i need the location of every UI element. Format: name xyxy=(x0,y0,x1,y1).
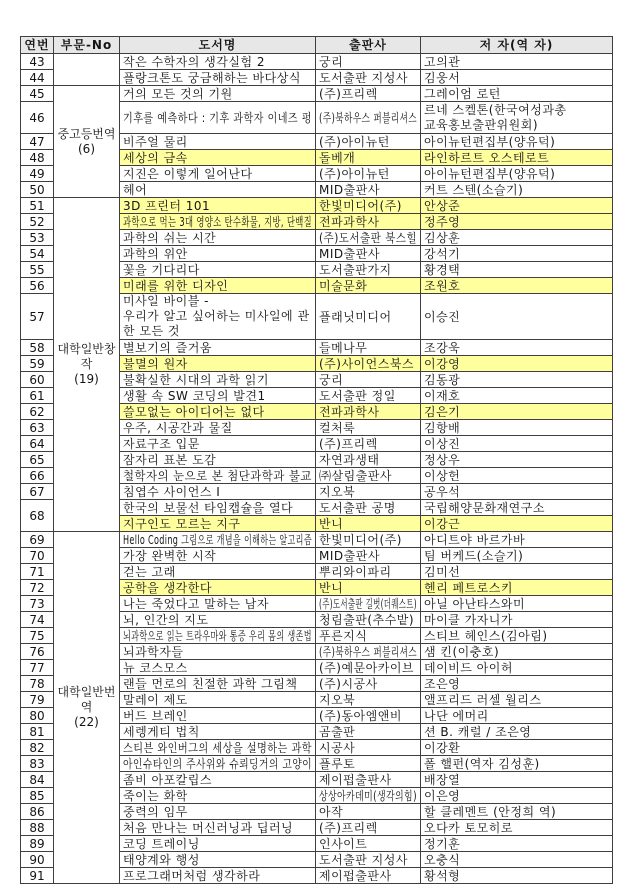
book-title-cell: 쓸모없는 아이디어는 없다 xyxy=(120,404,316,420)
row-number-cell: 51 xyxy=(21,198,54,214)
publisher-cell-text: 상상아카데미(생각의힘) xyxy=(319,789,417,803)
row-number-cell: 65 xyxy=(21,452,54,468)
book-title-cell: 자료구조 입문 xyxy=(120,436,316,452)
publisher-cell: 도서출판 지성사 xyxy=(316,852,421,868)
author-cell-text: 라인하르트 오스테로트 xyxy=(424,151,549,165)
author-cell-text: 그레이엄 로턴 xyxy=(424,87,501,101)
publisher-cell: ㈜살림출판사 xyxy=(316,468,421,484)
author-cell-text: 이강근 xyxy=(424,517,460,531)
author-cell: 이재호 xyxy=(421,388,613,404)
author-cell-text: 김동광 xyxy=(424,373,460,387)
publisher-cell: (주)예문아카이브 xyxy=(316,660,421,676)
publisher-cell-text: 도서출판가지 xyxy=(319,263,392,277)
row-number-cell: 60 xyxy=(21,372,54,388)
publisher-cell: 제이펍출판사 xyxy=(316,868,421,884)
publisher-cell: 도서출판 지성사 xyxy=(316,70,421,86)
row-number-cell: 59 xyxy=(21,356,54,372)
header-row: 연번 부문-No 도서명 출판사 저 자(역 자) xyxy=(21,37,613,54)
book-title-cell-text: 철학자의 눈으로 본 첨단과학과 불교 xyxy=(123,469,312,483)
author-cell-text: 이은영 xyxy=(424,789,460,803)
document-page: 연번 부문-No 도서명 출판사 저 자(역 자) 43작은 수학자의 생각실험… xyxy=(0,0,631,884)
row-number-cell: 64 xyxy=(21,436,54,452)
book-title-cell-text: 랜들 먼로의 친절한 과학 그림책 xyxy=(123,677,297,691)
publisher-cell-text: 곰출판 xyxy=(319,725,355,739)
book-title-cell-text: 뇌, 인간의 지도 xyxy=(123,613,209,627)
publisher-cell: (주)북하우스 퍼블리셔스 xyxy=(316,644,421,660)
book-title-cell-text: 쓸모없는 아이디어는 없다 xyxy=(123,405,265,419)
book-title-cell-text: 불멸의 원자 xyxy=(123,357,188,371)
author-cell-text: 르네 스켈톤(한국여성과총 교육홍보출판위원회) xyxy=(424,103,567,132)
publisher-cell-text: 미술문화 xyxy=(319,279,367,293)
publisher-cell: 상상아카데미(생각의힘) xyxy=(316,788,421,804)
author-cell: 정상우 xyxy=(421,452,613,468)
author-cell-text: 김미선 xyxy=(424,565,460,579)
publisher-cell: (주)도서출판 북스힐 xyxy=(316,230,421,246)
book-title-cell-text: 뇌과학으로 읽는 트라우마와 통증 우리 몸의 생존법 xyxy=(123,629,312,643)
publisher-cell-text: 뿌리와이파리 xyxy=(319,565,392,579)
book-title-cell: 침엽수 사이언스 I xyxy=(120,484,316,500)
publisher-cell: 돌베개 xyxy=(316,150,421,166)
publisher-cell: 곰출판 xyxy=(316,724,421,740)
row-number-cell: 47 xyxy=(21,134,54,150)
publisher-cell-text: 지오북 xyxy=(319,485,355,499)
row-number-cell: 80 xyxy=(21,708,54,724)
book-title-cell-text: 플랑크톤도 궁금해하는 바다상식 xyxy=(123,71,301,85)
row-number-cell: 77 xyxy=(21,660,54,676)
row-number-cell: 62 xyxy=(21,404,54,420)
publisher-cell: (주)북하우스 퍼블리셔스 xyxy=(316,102,421,134)
author-cell-text: 팀 버케드(소슬기) xyxy=(424,549,523,563)
table-body: 43작은 수학자의 생각실험 2궁리고의관44플랑크톤도 궁금해하는 바다상식도… xyxy=(21,54,613,884)
author-cell: 앨프리드 러셀 월리스 xyxy=(421,692,613,708)
table-row: 51대학일반창작 (19)3D 프린터 101한빛미디어(주)안상준 xyxy=(21,198,613,214)
row-number-cell: 55 xyxy=(21,262,54,278)
row-number-cell: 48 xyxy=(21,150,54,166)
publisher-cell-text: 궁리 xyxy=(319,55,343,69)
publisher-cell-text: MID출판사 xyxy=(319,549,380,563)
category-cell: 대학일반창작 (19) xyxy=(54,198,120,532)
publisher-cell-text: (주)북하우스 퍼블리셔스 xyxy=(319,645,417,659)
table-row: 69대학일반번역 (22)Hello Coding 그림으로 개념을 이해하는 … xyxy=(21,532,613,548)
publisher-cell: 도서출판 정일 xyxy=(316,388,421,404)
publisher-cell: (주)도서출판 길벗(더퀘스트) xyxy=(316,596,421,612)
book-title-cell-text: 잠자리 표본 도감 xyxy=(123,453,216,467)
publisher-cell-text: (주)동아엠앤비 xyxy=(319,709,402,723)
book-title-cell: 뇌, 인간의 지도 xyxy=(120,612,316,628)
book-title-cell: 지진은 이렇게 일어난다 xyxy=(120,166,316,182)
book-title-cell-text: 중력의 임무 xyxy=(123,805,188,819)
author-cell-text: 폴 핼펀(역자 김성훈) xyxy=(424,757,540,771)
row-number-cell: 75 xyxy=(21,628,54,644)
author-cell-text: 오다카 토모히로 xyxy=(424,821,513,835)
book-title-cell-text: 과학의 쉬는 시간 xyxy=(123,231,216,245)
publisher-cell: (주)아이뉴턴 xyxy=(316,166,421,182)
book-title-cell-text: 거의 모든 것의 기원 xyxy=(123,87,233,101)
publisher-cell-text: 시공사 xyxy=(319,741,355,755)
header-author: 저 자(역 자) xyxy=(421,37,613,54)
publisher-cell-text: 돌베개 xyxy=(319,151,355,165)
author-cell-text: 이재호 xyxy=(424,389,460,403)
publisher-cell: (주)동아엠앤비 xyxy=(316,708,421,724)
publisher-cell-text: ㈜살림출판사 xyxy=(319,469,392,483)
header-category: 부문-No xyxy=(54,37,120,54)
publisher-cell-text: (주)북하우스 퍼블리셔스 xyxy=(319,111,417,125)
publisher-cell: 전파과학사 xyxy=(316,214,421,230)
publisher-cell-text: 제이펍출판사 xyxy=(319,869,392,883)
publisher-cell: (주)프리렉 xyxy=(316,820,421,836)
author-cell-text: 이강환 xyxy=(424,741,460,755)
author-cell-text: 김항배 xyxy=(424,421,460,435)
author-cell: 이강환 xyxy=(421,740,613,756)
publisher-cell-text: 도서출판 정일 xyxy=(319,389,396,403)
publisher-cell: 시공사 xyxy=(316,740,421,756)
author-cell: 황경택 xyxy=(421,262,613,278)
publisher-cell: 플래닛미디어 xyxy=(316,294,421,340)
book-title-cell-text: 처음 만나는 머신러닝과 딥러닝 xyxy=(123,821,293,835)
publisher-cell: MID출판사 xyxy=(316,182,421,198)
publisher-cell-text: 제이펍출판사 xyxy=(319,773,392,787)
book-title-cell: 불확실한 시대의 과학 읽기 xyxy=(120,372,316,388)
book-title-cell-text: 말레이 제도 xyxy=(123,693,188,707)
author-cell-text: 이상헌 xyxy=(424,469,460,483)
book-title-cell: 가장 완벽한 시작 xyxy=(120,548,316,564)
book-title-cell: 우주, 시공간과 물질 xyxy=(120,420,316,436)
book-title-cell-text: 가장 완벽한 시작 xyxy=(123,549,216,563)
author-cell: 팀 버케드(소슬기) xyxy=(421,548,613,564)
publisher-cell: 아작 xyxy=(316,804,421,820)
publisher-cell: 궁리 xyxy=(316,372,421,388)
header-no: 연번 xyxy=(21,37,54,54)
row-number-cell: 50 xyxy=(21,182,54,198)
author-cell: 이상진 xyxy=(421,436,613,452)
book-title-cell: 철학자의 눈으로 본 첨단과학과 불교 xyxy=(120,468,316,484)
book-title-cell: 뇌과학으로 읽는 트라우마와 통증 우리 몸의 생존법 xyxy=(120,628,316,644)
author-cell: 조강욱 xyxy=(421,340,613,356)
publisher-cell-text: 플래닛미디어 xyxy=(319,310,392,324)
book-title-cell-text: 스티븐 와인버그의 세상을 설명하는 과학 xyxy=(123,741,312,755)
book-title-cell-text: 뇌과학자들 xyxy=(123,645,183,659)
publisher-cell: 지오북 xyxy=(316,484,421,500)
row-number-cell: 61 xyxy=(21,388,54,404)
book-title-cell-text: Hello Coding 그림으로 개념을 이해하는 알고리즘 xyxy=(123,533,312,547)
row-number-cell: 81 xyxy=(21,724,54,740)
author-cell-text: 마이클 가자니가 xyxy=(424,613,513,627)
row-number-cell: 88 xyxy=(21,820,54,836)
publisher-cell-text: 반니 xyxy=(319,517,343,531)
publisher-cell-text: 청림출판(추수밭) xyxy=(319,613,414,627)
publisher-cell: 궁리 xyxy=(316,54,421,70)
publisher-cell: (주)시공사 xyxy=(316,676,421,692)
publisher-cell: 푸른지식 xyxy=(316,628,421,644)
author-cell: 할 클레멘트 (안정희 역) xyxy=(421,804,613,820)
publisher-cell-text: 컬처룩 xyxy=(319,421,355,435)
book-title-cell: 랜들 먼로의 친절한 과학 그림책 xyxy=(120,676,316,692)
publisher-cell-text: (주)프리렉 xyxy=(319,821,378,835)
author-cell: 이승진 xyxy=(421,294,613,340)
author-cell: 조은영 xyxy=(421,676,613,692)
publisher-cell-text: (주)시공사 xyxy=(319,677,378,691)
author-cell-text: 정상우 xyxy=(424,453,460,467)
book-title-cell-text: 우주, 시공간과 물질 xyxy=(123,421,233,435)
book-title-cell-text: 과학의 위안 xyxy=(123,247,188,261)
book-title-cell: 코딩 트레이닝 xyxy=(120,836,316,852)
publisher-cell: 뿌리와이파리 xyxy=(316,564,421,580)
row-number-cell: 54 xyxy=(21,246,54,262)
book-title-cell-text: 걷는 고래 xyxy=(123,565,176,579)
publisher-cell: MID출판사 xyxy=(316,246,421,262)
author-cell: 정기훈 xyxy=(421,836,613,852)
row-number-cell: 82 xyxy=(21,740,54,756)
author-cell-text: 나단 에머리 xyxy=(424,709,489,723)
author-cell: 김상훈 xyxy=(421,230,613,246)
book-title-cell: 스티븐 와인버그의 세상을 설명하는 과학 xyxy=(120,740,316,756)
book-title-cell: 거의 모든 것의 기원 xyxy=(120,86,316,102)
author-cell-text: 정주영 xyxy=(424,215,460,229)
publisher-cell-text: 푸른지식 xyxy=(319,629,367,643)
publisher-cell: 플루토 xyxy=(316,756,421,772)
row-number-cell: 86 xyxy=(21,804,54,820)
book-title-cell-text: 공학을 생각한다 xyxy=(123,581,212,595)
header-publisher: 출판사 xyxy=(316,37,421,54)
author-cell: 김항배 xyxy=(421,420,613,436)
publisher-cell: (주)프리렉 xyxy=(316,436,421,452)
author-cell-text: 데이비드 아이허 xyxy=(424,661,513,675)
row-number-cell: 91 xyxy=(21,868,54,884)
author-cell-text: 고의관 xyxy=(424,55,460,69)
book-title-cell: 비주얼 물리 xyxy=(120,134,316,150)
author-cell-text: 이상진 xyxy=(424,437,460,451)
book-title-cell-text: 버드 브레인 xyxy=(123,709,188,723)
book-title-cell: 헤어 xyxy=(120,182,316,198)
publisher-cell-text: (주)도서출판 북스힐 xyxy=(319,231,417,245)
book-title-cell-text: 좀비 아포칼립스 xyxy=(123,773,212,787)
book-title-cell-text: 세렝게티 법칙 xyxy=(123,725,200,739)
author-cell-text: 김상훈 xyxy=(424,231,460,245)
publisher-cell: MID출판사 xyxy=(316,548,421,564)
book-title-cell: 나는 죽었다고 말하는 남자 xyxy=(120,596,316,612)
publisher-cell-text: (주)프리렉 xyxy=(319,87,378,101)
category-cell-empty xyxy=(54,54,120,86)
header-title: 도서명 xyxy=(120,37,316,54)
publisher-cell-text: 플루토 xyxy=(319,757,355,771)
author-cell-text: 아이뉴턴편집부(양유덕) xyxy=(424,135,555,149)
author-cell: 데이비드 아이허 xyxy=(421,660,613,676)
book-title-cell: 공학을 생각한다 xyxy=(120,580,316,596)
row-number-cell: 43 xyxy=(21,54,54,70)
row-number-cell: 71 xyxy=(21,564,54,580)
publisher-cell: 들메나무 xyxy=(316,340,421,356)
author-cell-text: 안상준 xyxy=(424,199,460,213)
book-title-cell-text: 미래를 위한 디자인 xyxy=(123,279,228,293)
author-cell: 배장열 xyxy=(421,772,613,788)
author-cell: 폴 핼펀(역자 김성훈) xyxy=(421,756,613,772)
book-title-cell: 3D 프린터 101 xyxy=(120,198,316,214)
publisher-cell: 컬처룩 xyxy=(316,420,421,436)
book-title-cell-text: 헤어 xyxy=(123,183,147,197)
publisher-cell-text: (주)아이뉴턴 xyxy=(319,167,390,181)
author-cell: 오충식 xyxy=(421,852,613,868)
publisher-cell-text: 한빛미디어(주) xyxy=(319,199,402,213)
publisher-cell-text: (주)프리렉 xyxy=(319,437,378,451)
book-title-cell: 뇌과학자들 xyxy=(120,644,316,660)
author-cell: 아이뉴턴편집부(양유덕) xyxy=(421,134,613,150)
row-number-cell: 53 xyxy=(21,230,54,246)
book-title-cell: 과학의 위안 xyxy=(120,246,316,262)
publisher-cell: 인사이트 xyxy=(316,836,421,852)
author-cell-text: 배장열 xyxy=(424,773,460,787)
book-title-cell-text: 태양계와 행성 xyxy=(123,853,200,867)
author-cell: 르네 스켈톤(한국여성과총 교육홍보출판위원회) xyxy=(421,102,613,134)
publisher-cell-text: MID출판사 xyxy=(319,183,380,197)
publisher-cell: 한빛미디어(주) xyxy=(316,532,421,548)
author-cell-text: 오충식 xyxy=(424,853,460,867)
book-title-cell: 기후를 예측하다 : 기후 과학자 이네즈 펑 xyxy=(120,102,316,134)
row-number-cell: 52 xyxy=(21,214,54,230)
book-title-cell: 좀비 아포칼립스 xyxy=(120,772,316,788)
row-number-cell: 90 xyxy=(21,852,54,868)
book-title-cell-text: 3D 프린터 101 xyxy=(123,199,210,213)
row-number-cell: 74 xyxy=(21,612,54,628)
row-number-cell: 78 xyxy=(21,676,54,692)
author-cell-text: 정기훈 xyxy=(424,837,460,851)
publisher-cell: 전파과학사 xyxy=(316,404,421,420)
author-cell: 공우석 xyxy=(421,484,613,500)
author-cell-text: 스티브 헤인스(김아림) xyxy=(424,629,548,643)
author-cell: 정주영 xyxy=(421,214,613,230)
book-title-cell-text: 꽃을 기다리다 xyxy=(123,263,200,277)
publisher-cell-text: (주)도서출판 길벗(더퀘스트) xyxy=(319,597,417,611)
author-cell: 그레이엄 로턴 xyxy=(421,86,613,102)
row-number-cell: 46 xyxy=(21,102,54,134)
book-title-cell-text: 불확실한 시대의 과학 읽기 xyxy=(123,373,269,387)
row-number-cell: 44 xyxy=(21,70,54,86)
book-title-cell: 중력의 임무 xyxy=(120,804,316,820)
book-title-cell-text: 작은 수학자의 생각실험 2 xyxy=(123,55,265,69)
row-number-cell: 69 xyxy=(21,532,54,548)
publisher-cell-text: (주)아이뉴턴 xyxy=(319,135,390,149)
table-row: 43작은 수학자의 생각실험 2궁리고의관 xyxy=(21,54,613,70)
book-title-cell: 플랑크톤도 궁금해하는 바다상식 xyxy=(120,70,316,86)
book-title-cell: 한국의 보물선 타임캡슐을 열다 xyxy=(120,500,316,516)
author-cell-text: 앨프리드 러셀 월리스 xyxy=(424,693,541,707)
author-cell: 나단 에머리 xyxy=(421,708,613,724)
author-cell-text: 김은기 xyxy=(424,405,460,419)
author-cell-text: 공우석 xyxy=(424,485,460,499)
author-cell: 헨리 페트로스키 xyxy=(421,580,613,596)
publisher-cell: 한빛미디어(주) xyxy=(316,198,421,214)
row-number-cell: 70 xyxy=(21,548,54,564)
author-cell: 고의관 xyxy=(421,54,613,70)
publisher-cell-text: 궁리 xyxy=(319,373,343,387)
book-title-cell-text: 별보기의 즐거움 xyxy=(123,341,212,355)
author-cell: 김은기 xyxy=(421,404,613,420)
row-number-cell: 85 xyxy=(21,788,54,804)
author-cell-text: 아이뉴턴편집부(양유덕) xyxy=(424,167,555,181)
author-cell: 아이뉴턴편집부(양유덕) xyxy=(421,166,613,182)
author-cell: 조원호 xyxy=(421,278,613,294)
book-title-cell-text: 비주얼 물리 xyxy=(123,135,188,149)
author-cell-text: 헨리 페트로스키 xyxy=(424,581,513,595)
book-title-cell-text: 한국의 보물선 타임캡슐을 열다 xyxy=(123,501,293,515)
author-cell: 이강영 xyxy=(421,356,613,372)
book-title-cell-text: 과학으로 먹는 3대 영양소 탄수화물, 지방, 단백질 xyxy=(123,215,312,229)
author-cell-text: 강석기 xyxy=(424,247,460,261)
table-row: 45중고등번역 (6)거의 모든 것의 기원(주)프리렉그레이엄 로턴 xyxy=(21,86,613,102)
author-cell: 오다카 토모히로 xyxy=(421,820,613,836)
author-cell: 황석형 xyxy=(421,868,613,884)
row-number-cell: 84 xyxy=(21,772,54,788)
row-number-cell: 89 xyxy=(21,836,54,852)
publisher-cell: (주)프리렉 xyxy=(316,86,421,102)
author-cell: 커트 스텐(소슬기) xyxy=(421,182,613,198)
book-title-cell: 걷는 고래 xyxy=(120,564,316,580)
row-number-cell: 73 xyxy=(21,596,54,612)
publisher-cell: 반니 xyxy=(316,580,421,596)
book-title-cell-text: 기후를 예측하다 : 기후 과학자 이네즈 펑 xyxy=(123,111,312,125)
author-cell-text: 커트 스텐(소슬기) xyxy=(424,183,523,197)
author-cell-text: 아닐 아난타스와미 xyxy=(424,597,525,611)
row-number-cell: 72 xyxy=(21,580,54,596)
author-cell-text: 조원호 xyxy=(424,279,460,293)
author-cell: 이상헌 xyxy=(421,468,613,484)
book-title-cell: Hello Coding 그림으로 개념을 이해하는 알고리즘 xyxy=(120,532,316,548)
author-cell-text: 조은영 xyxy=(424,677,460,691)
row-number-cell: 57 xyxy=(21,294,54,340)
publisher-cell-text: 아작 xyxy=(319,805,343,819)
book-title-cell: 태양계와 행성 xyxy=(120,852,316,868)
publisher-cell: 청림출판(추수밭) xyxy=(316,612,421,628)
author-cell: 국립해양문화재연구소 xyxy=(421,500,613,516)
publisher-cell: (주)아이뉴턴 xyxy=(316,134,421,150)
book-title-cell: 뉴 코스모스 xyxy=(120,660,316,676)
book-title-cell: 말레이 제도 xyxy=(120,692,316,708)
book-title-cell: 과학의 쉬는 시간 xyxy=(120,230,316,246)
author-cell-text: 이승진 xyxy=(424,310,460,324)
row-number-cell: 79 xyxy=(21,692,54,708)
book-title-cell: 지구인도 모르는 지구 xyxy=(120,516,316,532)
publisher-cell: 미술문화 xyxy=(316,278,421,294)
author-cell-text: 조강욱 xyxy=(424,341,460,355)
book-title-cell-text: 지진은 이렇게 일어난다 xyxy=(123,167,253,181)
publisher-cell-text: 인사이트 xyxy=(319,837,367,851)
book-title-cell: 버드 브레인 xyxy=(120,708,316,724)
author-cell: 아닐 아난타스와미 xyxy=(421,596,613,612)
book-title-cell: 미사일 바이블 - 우리가 알고 싶어하는 미사일에 관한 모든 것 xyxy=(120,294,316,340)
row-number-cell: 66 xyxy=(21,468,54,484)
author-cell-text: 황경택 xyxy=(424,263,460,277)
author-cell-text: 이강영 xyxy=(424,357,460,371)
publisher-cell: 제이펍출판사 xyxy=(316,772,421,788)
row-number-cell: 56 xyxy=(21,278,54,294)
author-cell-text: 할 클레멘트 (안정희 역) xyxy=(424,805,556,819)
book-title-cell: 생활 속 SW 코딩의 발견1 xyxy=(120,388,316,404)
publisher-cell-text: 전파과학사 xyxy=(319,405,379,419)
author-cell: 이강근 xyxy=(421,516,613,532)
publisher-cell-text: MID출판사 xyxy=(319,247,380,261)
author-cell: 라인하르트 오스테로트 xyxy=(421,150,613,166)
book-title-cell: 처음 만나는 머신러닝과 딥러닝 xyxy=(120,820,316,836)
book-title-cell: 세상의 금속 xyxy=(120,150,316,166)
book-title-cell: 잠자리 표본 도감 xyxy=(120,452,316,468)
author-cell: 아디트야 바르가바 xyxy=(421,532,613,548)
book-title-cell-text: 나는 죽었다고 말하는 남자 xyxy=(123,597,269,611)
book-title-cell-text: 지구인도 모르는 지구 xyxy=(123,517,240,531)
author-cell: 스티브 헤인스(김아림) xyxy=(421,628,613,644)
book-title-cell-text: 죽이는 화학 xyxy=(123,789,188,803)
book-title-cell-text: 세상의 금속 xyxy=(123,151,188,165)
publisher-cell-text: (주)예문아카이브 xyxy=(319,661,414,675)
author-cell-text: 국립해양문화재연구소 xyxy=(424,501,545,515)
